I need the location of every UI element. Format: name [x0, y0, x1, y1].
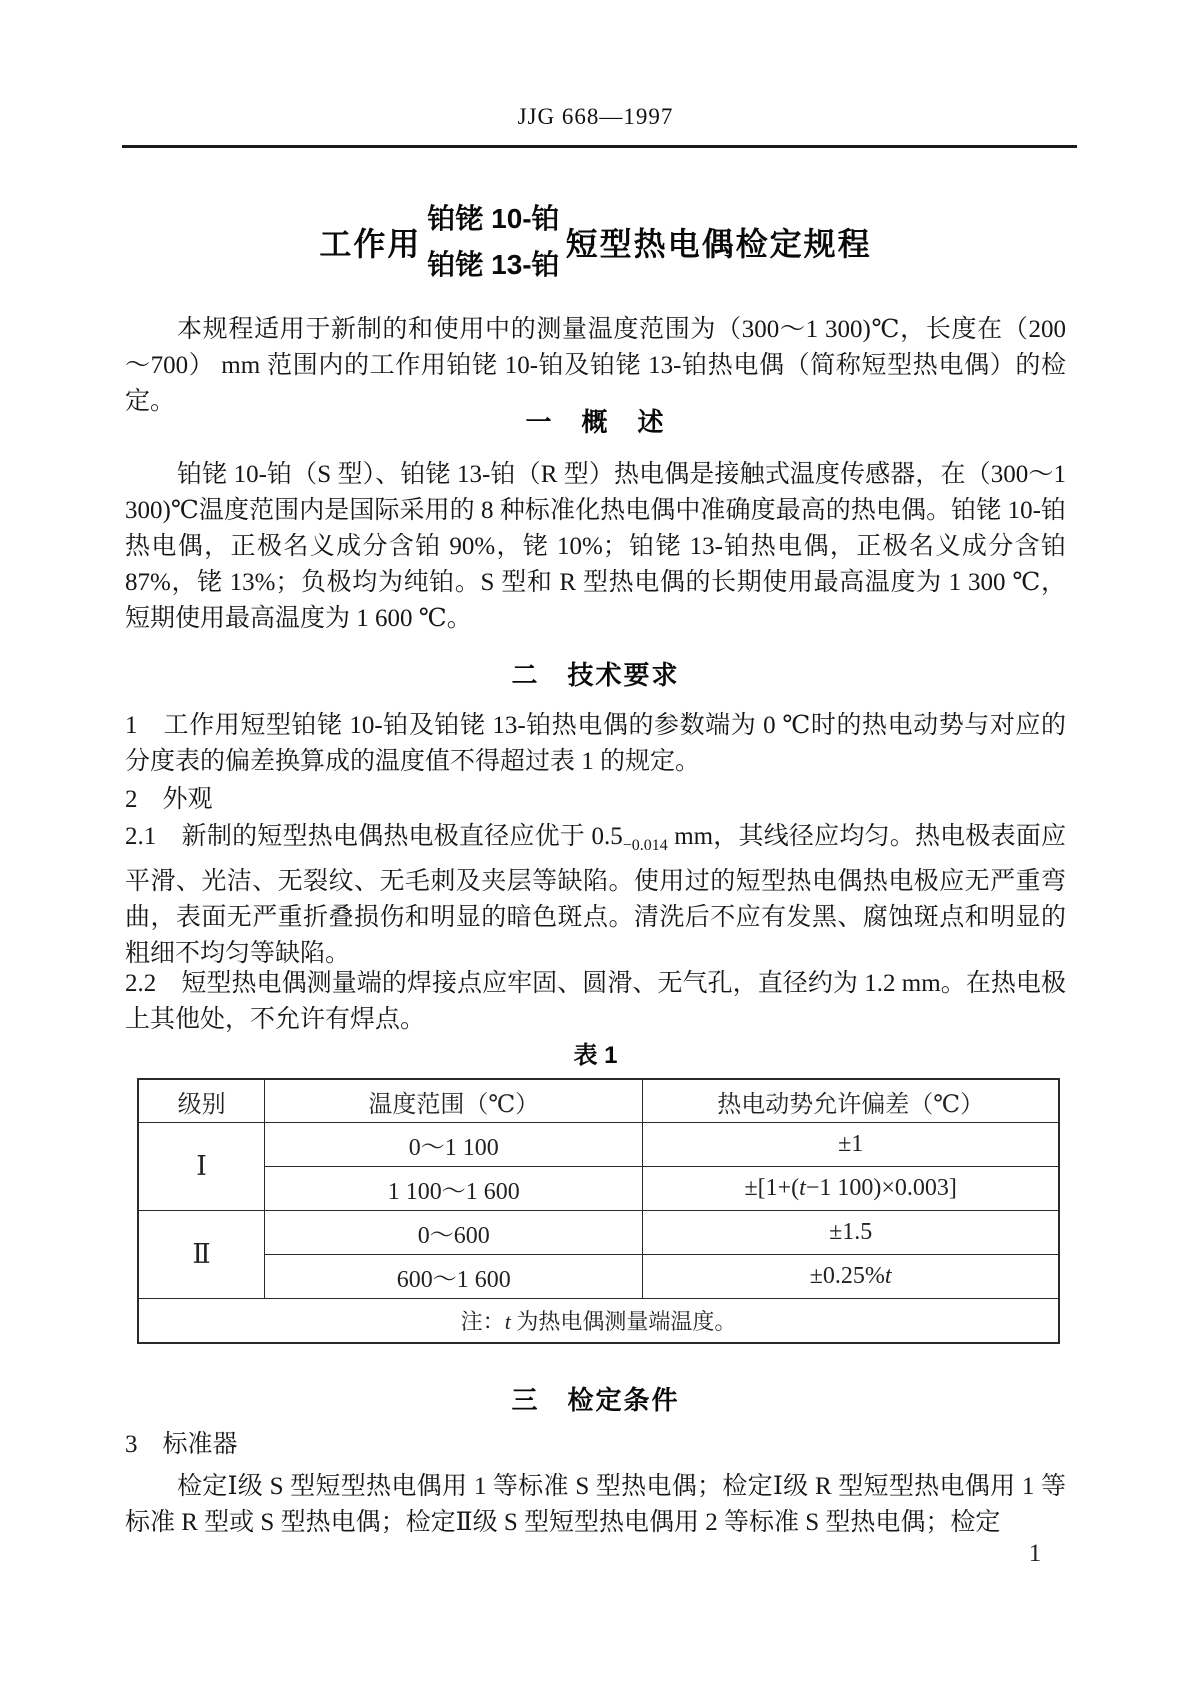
dev-text: ±0.25%	[810, 1263, 885, 1289]
dev-text-cont: −1 100)×0.003]	[806, 1175, 957, 1201]
section-heading-requirements: 二 技术要求	[125, 657, 1066, 693]
header-emf-deviation: 热电动势允许偏差（℃）	[643, 1079, 1059, 1123]
range-cell: 0～600	[265, 1211, 643, 1255]
running-header: JJG 668—1997	[0, 104, 1191, 130]
dev-text: ±1.5	[829, 1219, 872, 1245]
section-heading-conditions: 三 检定条件	[125, 1382, 1066, 1418]
section-heading-overview: 一 概 述	[125, 404, 1066, 440]
requirement-item-2-1: 2.1 新制的短型热电偶热电极直径应优于 0.5−0.014 mm，其线径应均匀…	[125, 819, 1066, 972]
table-caption: 表 1	[125, 1035, 1066, 1070]
table-header-row: 级别 温度范围（℃） 热电动势允许偏差（℃）	[138, 1079, 1059, 1123]
deviation-cell: ±1.5	[643, 1211, 1059, 1255]
table-row: 1 100～1 600 ±[1+(t−1 100)×0.003]	[138, 1167, 1059, 1211]
note-label: 注：	[461, 1309, 505, 1334]
tolerance-table: 级别 温度范围（℃） 热电动势允许偏差（℃） Ⅰ 0～1 100 ±1 1 10…	[137, 1078, 1060, 1344]
deviation-cell: ±1	[643, 1123, 1059, 1167]
header-temp-range: 温度范围（℃）	[265, 1079, 643, 1123]
standard-item: 3 标准器	[125, 1427, 1066, 1463]
overview-paragraph: 铂铑 10-铂（S 型）、铂铑 13-铂（R 型）热电偶是接触式温度传感器，在（…	[125, 457, 1066, 637]
deviation-cell: ±[1+(t−1 100)×0.003]	[643, 1167, 1059, 1211]
header-grade: 级别	[138, 1079, 265, 1123]
page-number: 1	[1015, 1540, 1055, 1568]
deviation-cell: ±0.25%t	[643, 1255, 1059, 1299]
dev-text: ±[1+(	[744, 1175, 799, 1201]
header-rule	[122, 145, 1077, 148]
diameter-tolerance-subscript: −0.014	[623, 837, 668, 854]
grade-cell-1: Ⅰ	[138, 1123, 265, 1211]
item-2-1-text: 2.1 新制的短型热电偶热电极直径应优于 0.5	[125, 823, 623, 850]
table-row: Ⅱ 0～600 ±1.5	[138, 1211, 1059, 1255]
range-cell: 1 100～1 600	[265, 1167, 643, 1211]
note-text: 为热电偶测量端温度。	[511, 1309, 737, 1334]
dev-text: ±1	[838, 1131, 863, 1157]
table-row: Ⅰ 0～1 100 ±1	[138, 1123, 1059, 1167]
document-page: JJG 668—1997 工作用 铂铑 10-铂 铂铑 13-铂 短型热电偶检定…	[0, 0, 1191, 1684]
table-row: 600～1 600 ±0.25%t	[138, 1255, 1059, 1299]
requirement-item-1: 1 工作用短型铂铑 10-铂及铂铑 13-铂热电偶的参数端为 0 ℃时的热电动势…	[125, 708, 1066, 780]
grade-cell-2: Ⅱ	[138, 1211, 265, 1299]
table-note-row: 注：t 为热电偶测量端温度。	[138, 1299, 1059, 1344]
title-prefix: 工作用	[319, 219, 421, 265]
requirement-item-2: 2 外观	[125, 782, 1066, 818]
dev-t: t	[885, 1263, 892, 1289]
title-alloy-stack: 铂铑 10-铂 铂铑 13-铂	[427, 196, 559, 288]
standard-paragraph: 检定Ⅰ级 S 型短型热电偶用 1 等标准 S 型热电偶；检定Ⅰ级 R 型短型热电…	[125, 1469, 1066, 1541]
range-cell: 0～1 100	[265, 1123, 643, 1167]
title-alloy-bottom: 铂铑 13-铂	[427, 242, 559, 288]
title-alloy-top: 铂铑 10-铂	[427, 196, 559, 242]
dev-t: t	[799, 1175, 806, 1201]
document-title: 工作用 铂铑 10-铂 铂铑 13-铂 短型热电偶检定规程	[0, 196, 1191, 288]
table-note: 注：t 为热电偶测量端温度。	[138, 1299, 1059, 1344]
requirement-item-2-2: 2.2 短型热电偶测量端的焊接点应牢固、圆滑、无气孔，直径约为 1.2 mm。在…	[125, 966, 1066, 1038]
title-suffix: 短型热电偶检定规程	[566, 219, 872, 265]
range-cell: 600～1 600	[265, 1255, 643, 1299]
